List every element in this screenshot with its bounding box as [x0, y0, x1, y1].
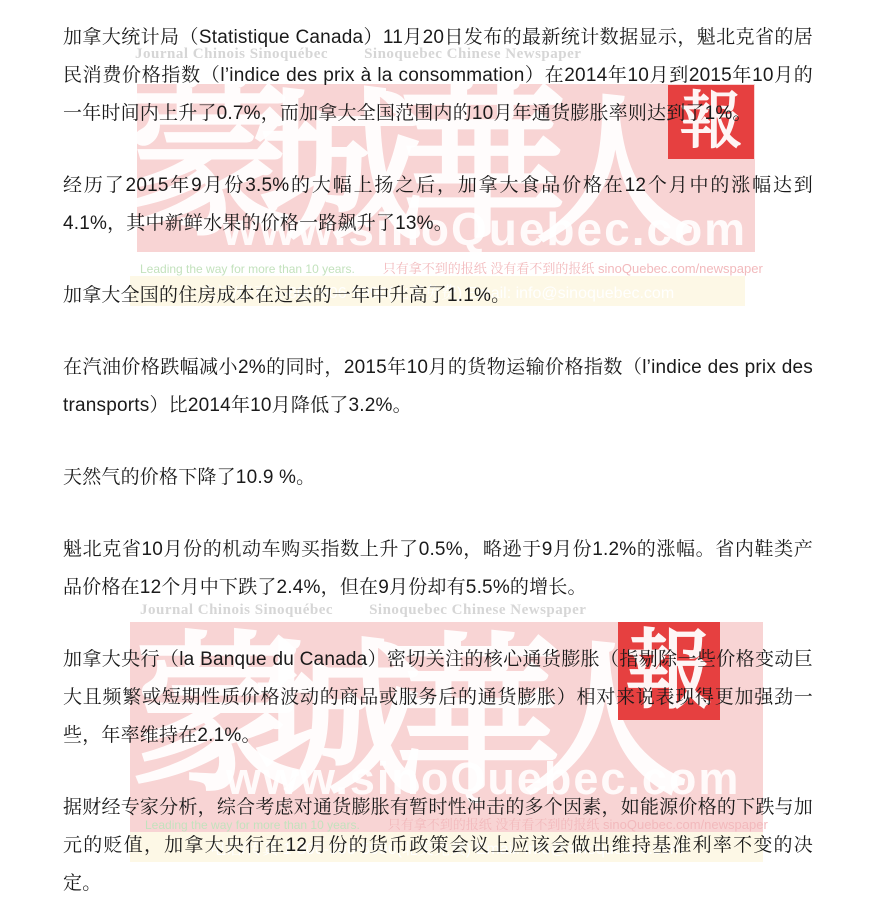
article-paragraph: 在汽油价格跌幅减小2%的同时，2015年10月的货物运输价格指数（l’indic… [63, 349, 813, 425]
page-root: Journal Chinois SinoquébecSinoquebec Chi… [0, 0, 876, 907]
article-paragraph: 天然气的价格下降了10.9 %。 [63, 459, 813, 497]
article-paragraph: 加拿大统计局（Statistique Canada）11月20日发布的最新统计数… [63, 19, 813, 133]
article-body: 加拿大统计局（Statistique Canada）11月20日发布的最新统计数… [0, 0, 876, 903]
article-paragraph: 经历了2015年9月份3.5%的大幅上扬之后，加拿大食品价格在12个月中的涨幅达… [63, 167, 813, 243]
article-paragraph: 加拿大全国的住房成本在过去的一年中升高了1.1%。 [63, 277, 813, 315]
article-paragraph: 魁北克省10月份的机动车购买指数上升了0.5%，略逊于9月份1.2%的涨幅。省内… [63, 531, 813, 607]
article-paragraph: 据财经专家分析，综合考虑对通货膨胀有暂时性冲击的多个因素，如能源价格的下跌与加元… [63, 789, 813, 903]
article-paragraph: 加拿大央行（la Banque du Canada）密切关注的核心通货膨胀（指剔… [63, 641, 813, 755]
